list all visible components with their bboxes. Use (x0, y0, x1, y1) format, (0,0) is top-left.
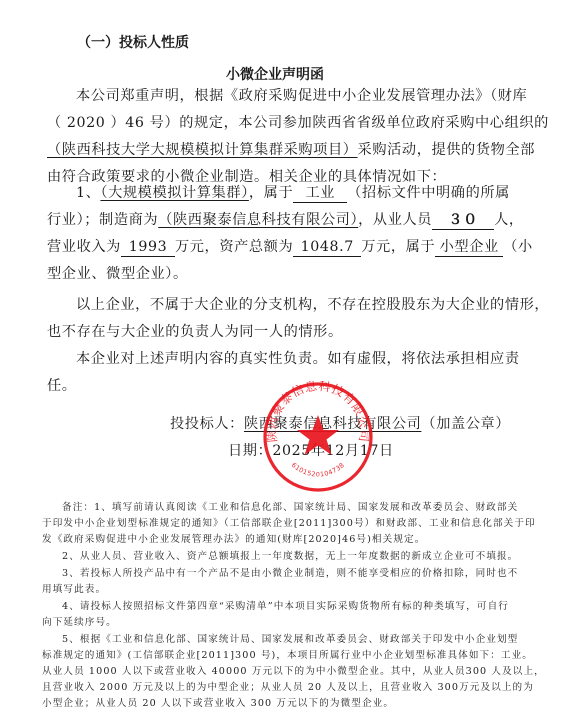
intro-line-3-rest: 采购活动，提供的货物全部 (358, 142, 535, 158)
intro-line-3: （陕西科技大学大规模模拟计算集群采购项目）采购活动，提供的货物全部 (47, 137, 535, 164)
note-line-6: 用填写此表。 (42, 582, 106, 599)
item1-employees: ３０ (432, 211, 494, 230)
item1-industry: 工业 (293, 184, 347, 203)
item1-belongs-label: ，属于 (249, 185, 293, 201)
note-line-10: 标准规定的通知》(工信部联企业[2011]300 号)，本项目所属行业中小企业划… (42, 648, 533, 665)
item1-size-class: 小型企业 (435, 238, 503, 257)
para2-line-1: 以上企业，不属于大企业的分支机构，不存在控股股东为大企业的情形， (76, 292, 549, 319)
date-value: 2025年12月17日 (272, 443, 393, 459)
para3-line-2: 任。 (47, 373, 77, 400)
note-line-7: 4、请投标人按照招标文件第四章“采购清单”中本项目实际采购货物所有标的种类填写，… (62, 599, 509, 616)
note-line-9: 5、根据《工业和信息化部、国家统计局、国家发展和改革委员会、财政部关于印发中小企… (62, 632, 518, 649)
bidder-name: 陕西聚泰信息科技有限公司 (244, 416, 421, 432)
item1-line-4: 型企业、微型企业）。 (47, 261, 188, 288)
item1-assets: 1048.7 (293, 238, 361, 257)
section-heading: （一）投标人性质 (77, 32, 189, 52)
note-line-12: 且营业收入 2000 万元及以上的为中型企业；从业人员 20 人及以上，且营业收… (42, 680, 534, 697)
signature-date: 日期：2025年12月17日 (228, 438, 394, 465)
item1-manufacturer-label: 行业）；制造商为 (47, 212, 158, 228)
bidder-label: 投投标人： (170, 416, 244, 432)
stamp-note: （加盖公章） (421, 416, 510, 432)
intro-line-1: 本公司郑重声明，根据《政府采购促进中小企业发展管理办法》（财库 (76, 83, 527, 110)
signature-bidder: 投投标人：陕西聚泰信息科技有限公司（加盖公章） (170, 411, 510, 438)
note-line-13: 小型企业；从业人员 20 人以下或营业收入 300 万元以下的为微型企业。 (42, 696, 394, 713)
item1-line-1: 1、（大规模模拟计算集群），属于工业（招标文件中明确的所属 (76, 180, 510, 207)
para2-line-2: 也不存在与大企业的负责人为同一人的情形。 (47, 319, 343, 346)
item1-assets-label: 万元，资产总额为 (175, 239, 293, 255)
note-line-8: 向下延续序号。 (42, 615, 117, 632)
item1-prefix: 1、 (76, 185, 100, 201)
item1-industry-note: （招标文件中明确的所属 (347, 185, 510, 201)
note-line-1: 备注：1、填写前请认真阅读《工业和信息化部、国家统计局、国家发展和改革委员会、财… (62, 500, 518, 517)
item1-size-note: （小 (503, 239, 533, 255)
note-line-4: 2、从业人员、营业收入、资产总额填报上一年度数据，无上一年度数据的新成立企业可不… (62, 549, 518, 566)
date-label: 日期： (228, 443, 272, 459)
project-name: （陕西科技大学大规模模拟计算集群采购项目） (47, 142, 358, 158)
item1-line-3: 营业收入为1993万元，资产总额为1048.7万元，属于小型企业（小 (47, 234, 533, 261)
item1-employees-unit: 人， (494, 212, 524, 228)
note-line-3: 发《政府采购促进中小企业发展管理办法》的通知(财库[2020]46号)相关规定。 (42, 532, 425, 549)
note-line-5: 3、若投标人所投产品中有一个产品不是由小微企业制造，则不能享受相应的价格扣除，同… (62, 566, 518, 583)
item1-revenue-label: 营业收入为 (47, 239, 121, 255)
intro-line-2: （ 2020 ）46 号）的规定，本公司参加陕西省省级单位政府采购中心组织的 (47, 110, 549, 137)
note-line-2: 于印发中小企业划型标准规定的通知》（工信部联企业[2011]300号）和财政部、… (42, 516, 536, 533)
para3-line-1: 本企业对上述声明内容的真实性负责。如有虚假，将依法承担相应责 (76, 346, 520, 373)
document-title: 小微企业声明函 (226, 64, 324, 84)
item1-revenue: 1993 (121, 238, 175, 257)
item1-manufacturer: （陕西聚泰信息科技有限公司） (158, 212, 358, 228)
item1-employees-label: ，从业人员 (358, 212, 432, 228)
note-line-11: 从业人员 1000 人以下或营业收入 40000 万元以下的为中小微型企业。其中… (42, 664, 545, 681)
item1-line-2: 行业）；制造商为（陕西聚泰信息科技有限公司），从业人员３０人， (47, 207, 524, 234)
item1-size-label: 万元，属于 (361, 239, 435, 255)
item1-product: （大规模模拟计算集群） (100, 185, 248, 201)
